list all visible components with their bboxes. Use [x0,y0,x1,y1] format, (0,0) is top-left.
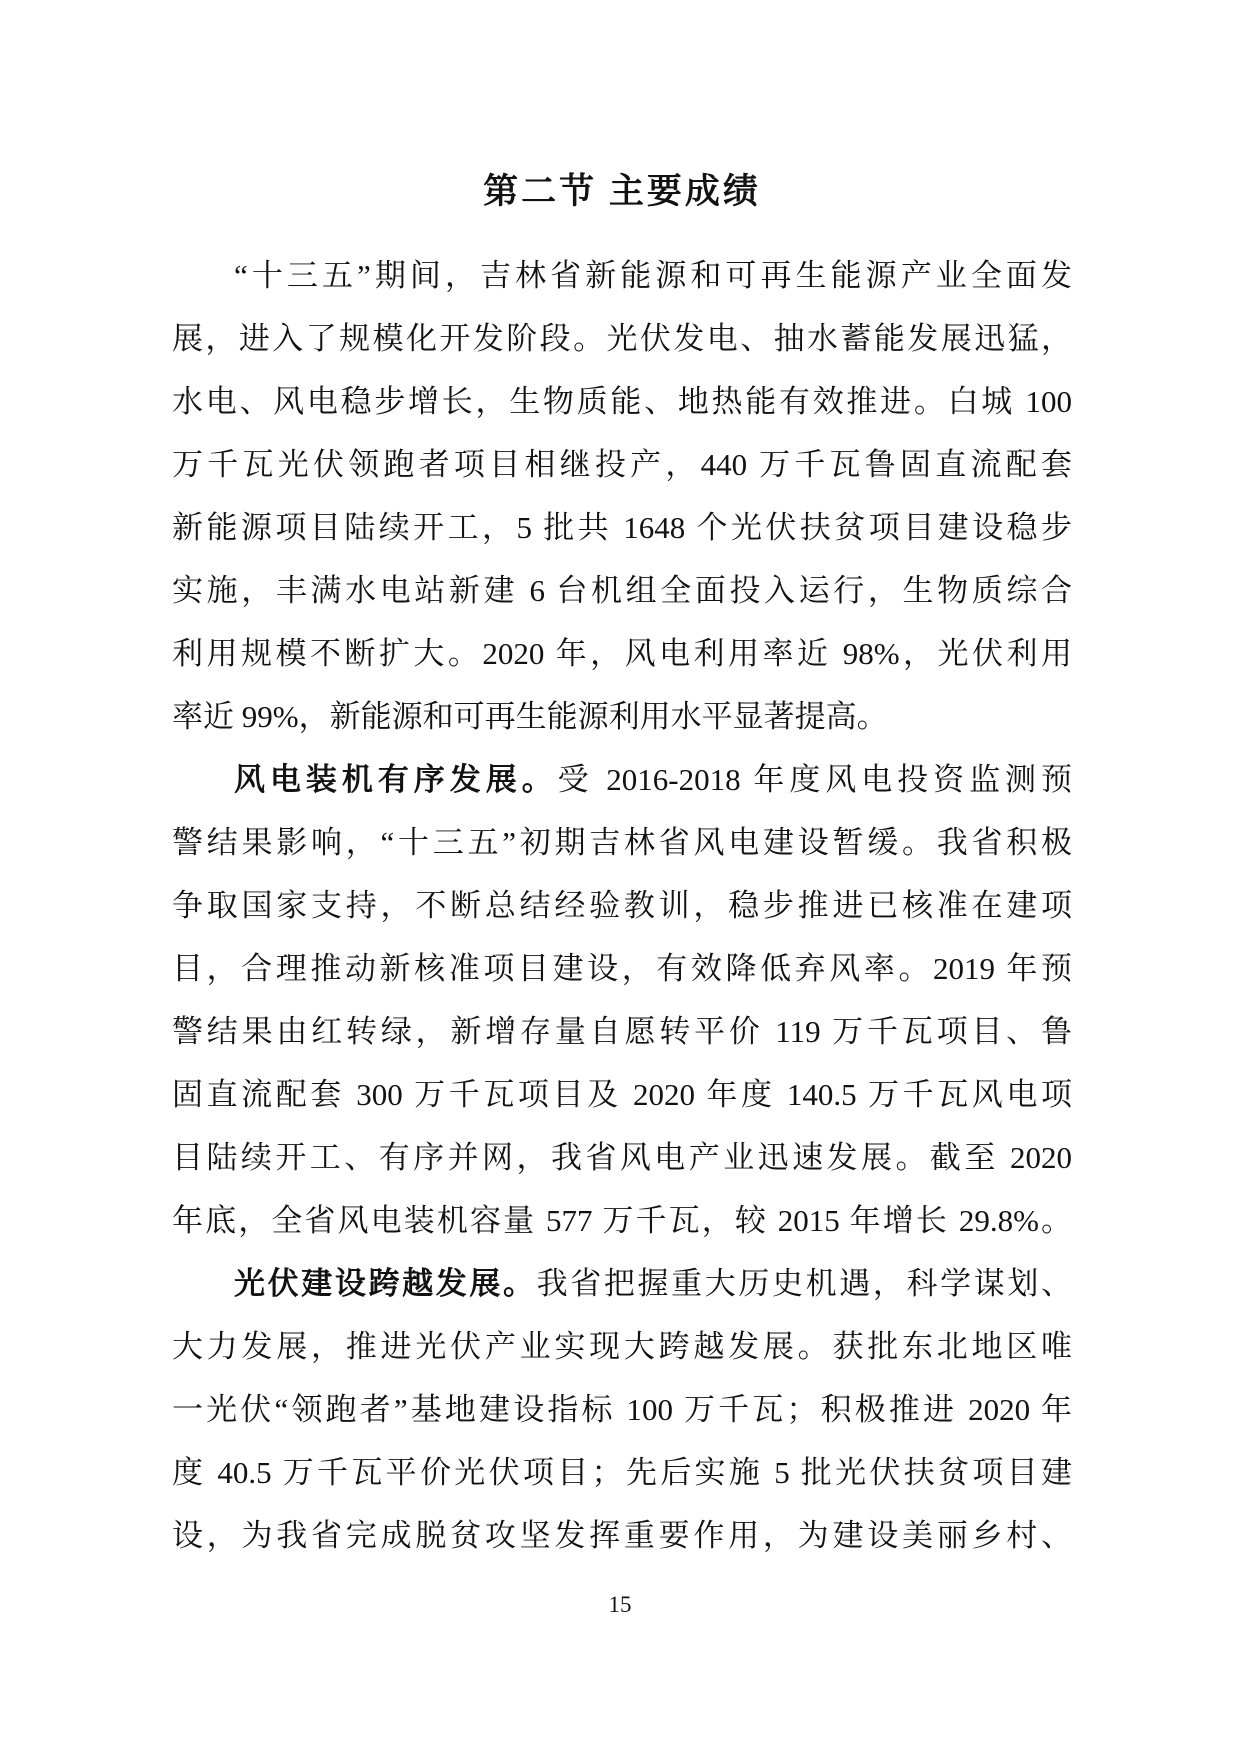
text-line: 警结果由红转绿，新增存量自愿转平价 119 万千瓦项目、鲁 [172,1000,1072,1063]
text-segment: 利用规模不断扩大。2020 年，风电利用率近 98%，光伏利用 [172,636,1072,671]
text-segment: 度 40.5 万千瓦平价光伏项目；先后实施 5 批光伏扶贫项目建 [172,1455,1072,1490]
text-line: 目陆续开工、有序并网，我省风电产业迅速发展。截至 2020 [172,1126,1072,1189]
document-body: “十三五”期间，吉林省新能源和可再生能源产业全面发展，进入了规模化开发阶段。光伏… [172,244,1072,1567]
text-segment: 设，为我省完成脱贫攻坚发挥重要作用，为建设美丽乡村、 [172,1518,1072,1553]
text-line: 一光伏“领跑者”基地建设指标 100 万千瓦；积极推进 2020 年 [172,1378,1072,1441]
page-content: 第二节 主要成绩 “十三五”期间，吉林省新能源和可再生能源产业全面发展，进入了规… [172,170,1072,1567]
document-page: 第二节 主要成绩 “十三五”期间，吉林省新能源和可再生能源产业全面发展，进入了规… [0,0,1240,1754]
text-line: 新能源项目陆续开工，5 批共 1648 个光伏扶贫项目建设稳步 [172,496,1072,559]
text-segment: 大力发展，推进光伏产业实现大跨越发展。获批东北地区唯 [172,1329,1072,1364]
text-segment: 受 2016-2018 年度风电投资监测预 [558,762,1072,797]
text-line: 固直流配套 300 万千瓦项目及 2020 年度 140.5 万千瓦风电项 [172,1063,1072,1126]
text-segment: 万千瓦光伏领跑者项目相继投产，440 万千瓦鲁固直流配套 [172,447,1072,482]
text-segment: 目陆续开工、有序并网，我省风电产业迅速发展。截至 2020 [172,1140,1072,1175]
text-segment: 新能源项目陆续开工，5 批共 1648 个光伏扶贫项目建设稳步 [172,510,1072,545]
text-segment: 争取国家支持，不断总结经验教训，稳步推进已核准在建项 [172,888,1072,923]
text-segment: 率近 99%，新能源和可再生能源利用水平显著提高。 [172,699,888,734]
text-segment: “十三五”期间，吉林省新能源和可再生能源产业全面发 [234,258,1072,293]
text-segment: 警结果由红转绿，新增存量自愿转平价 119 万千瓦项目、鲁 [172,1014,1072,1049]
paragraph: 风电装机有序发展。受 2016-2018 年度风电投资监测预警结果影响，“十三五… [172,748,1072,1252]
text-line: “十三五”期间，吉林省新能源和可再生能源产业全面发 [172,244,1072,307]
text-segment: 年底，全省风电装机容量 577 万千瓦，较 2015 年增长 29.8%。 [172,1203,1072,1238]
text-line: 实施，丰满水电站新建 6 台机组全面投入运行，生物质综合 [172,559,1072,622]
text-line: 水电、风电稳步增长，生物质能、地热能有效推进。白城 100 [172,370,1072,433]
text-line: 度 40.5 万千瓦平价光伏项目；先后实施 5 批光伏扶贫项目建 [172,1441,1072,1504]
text-line: 设，为我省完成脱贫攻坚发挥重要作用，为建设美丽乡村、 [172,1504,1072,1567]
text-line: 率近 99%，新能源和可再生能源利用水平显著提高。 [172,685,1072,748]
text-line: 利用规模不断扩大。2020 年，风电利用率近 98%，光伏利用 [172,622,1072,685]
paragraph: “十三五”期间，吉林省新能源和可再生能源产业全面发展，进入了规模化开发阶段。光伏… [172,244,1072,748]
text-segment: 水电、风电稳步增长，生物质能、地热能有效推进。白城 100 [172,384,1072,419]
text-line: 风电装机有序发展。受 2016-2018 年度风电投资监测预 [172,748,1072,811]
bold-lead-text: 风电装机有序发展。 [234,762,558,797]
text-segment: 目，合理推动新核准项目建设，有效降低弃风率。2019 年预 [172,951,1072,986]
page-footer: 15 [0,1590,1240,1620]
page-number: 15 [609,1592,632,1617]
text-line: 万千瓦光伏领跑者项目相继投产，440 万千瓦鲁固直流配套 [172,433,1072,496]
text-line: 展，进入了规模化开发阶段。光伏发电、抽水蓄能发展迅猛， [172,307,1072,370]
text-line: 大力发展，推进光伏产业实现大跨越发展。获批东北地区唯 [172,1315,1072,1378]
text-line: 目，合理推动新核准项目建设，有效降低弃风率。2019 年预 [172,937,1072,1000]
text-line: 争取国家支持，不断总结经验教训，稳步推进已核准在建项 [172,874,1072,937]
section-title: 第二节 主要成绩 [172,170,1072,214]
text-line: 光伏建设跨越发展。我省把握重大历史机遇，科学谋划、 [172,1252,1072,1315]
text-line: 警结果影响，“十三五”初期吉林省风电建设暂缓。我省积极 [172,811,1072,874]
text-segment: 实施，丰满水电站新建 6 台机组全面投入运行，生物质综合 [172,573,1072,608]
text-segment: 我省把握重大历史机遇，科学谋划、 [537,1266,1072,1301]
text-segment: 展，进入了规模化开发阶段。光伏发电、抽水蓄能发展迅猛， [172,321,1072,356]
paragraph: 光伏建设跨越发展。我省把握重大历史机遇，科学谋划、大力发展，推进光伏产业实现大跨… [172,1252,1072,1567]
bold-lead-text: 光伏建设跨越发展。 [234,1266,537,1301]
text-segment: 固直流配套 300 万千瓦项目及 2020 年度 140.5 万千瓦风电项 [172,1077,1072,1112]
text-segment: 一光伏“领跑者”基地建设指标 100 万千瓦；积极推进 2020 年 [172,1392,1072,1427]
text-line: 年底，全省风电装机容量 577 万千瓦，较 2015 年增长 29.8%。 [172,1189,1072,1252]
text-segment: 警结果影响，“十三五”初期吉林省风电建设暂缓。我省积极 [172,825,1072,860]
